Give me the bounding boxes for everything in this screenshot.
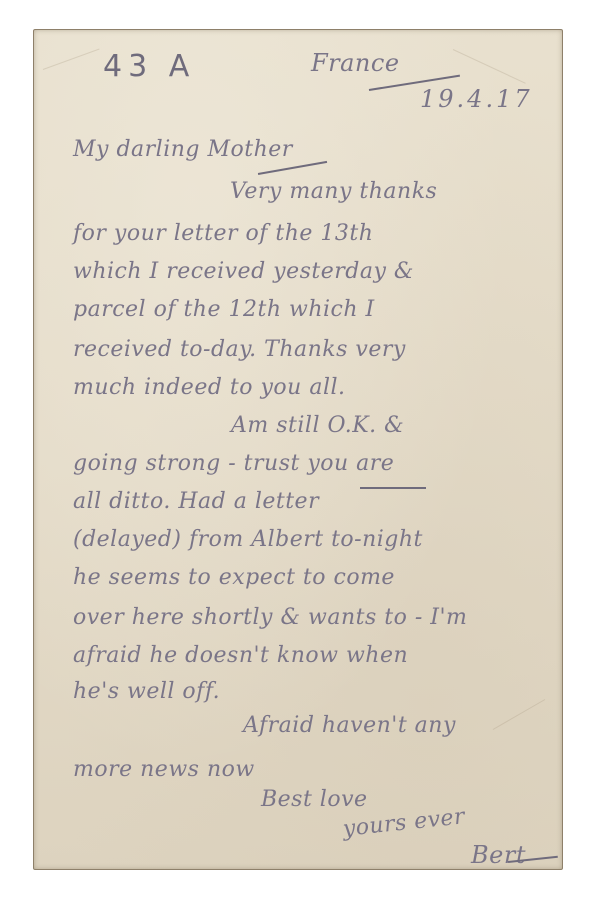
body-line: over here shortly & wants to - I'm [73, 607, 467, 629]
body-line: (delayed) from Albert to-night [73, 529, 423, 551]
body-line: parcel of the 12th which I [73, 299, 375, 321]
body-line: much indeed to you all. [73, 377, 346, 399]
body-line: for your letter of the 13th [73, 223, 373, 245]
body-line: which I received yesterday & [73, 261, 414, 283]
body-line: he seems to expect to come [73, 567, 395, 589]
paper-crease [493, 699, 545, 730]
closing-best-love: Best love [261, 789, 368, 811]
reference-number: 43 A [103, 49, 195, 84]
body-line: Am still O.K. & [231, 415, 404, 437]
salutation-underline [258, 161, 327, 175]
place-heading: France [311, 51, 400, 75]
date: 19.4.17 [420, 87, 533, 111]
body-line: going strong - trust you are [73, 453, 394, 475]
body-line: he's well off. [73, 681, 220, 703]
body-line: Afraid haven't any [243, 715, 456, 737]
body-line: received to-day. Thanks very [73, 339, 406, 361]
postcard: 43 A France 19.4.17 My darling Mother Ve… [33, 29, 563, 870]
body-line: Very many thanks [230, 181, 437, 203]
body-line: afraid he doesn't know when [73, 645, 408, 667]
paper-crease [43, 49, 100, 70]
body-line: more news now [73, 759, 255, 781]
signature: Bert [471, 841, 526, 869]
letter-underline [360, 487, 426, 489]
body-line: all ditto. Had a letter [73, 491, 319, 513]
salutation: My darling Mother [73, 139, 293, 161]
paper-crease [453, 49, 526, 84]
